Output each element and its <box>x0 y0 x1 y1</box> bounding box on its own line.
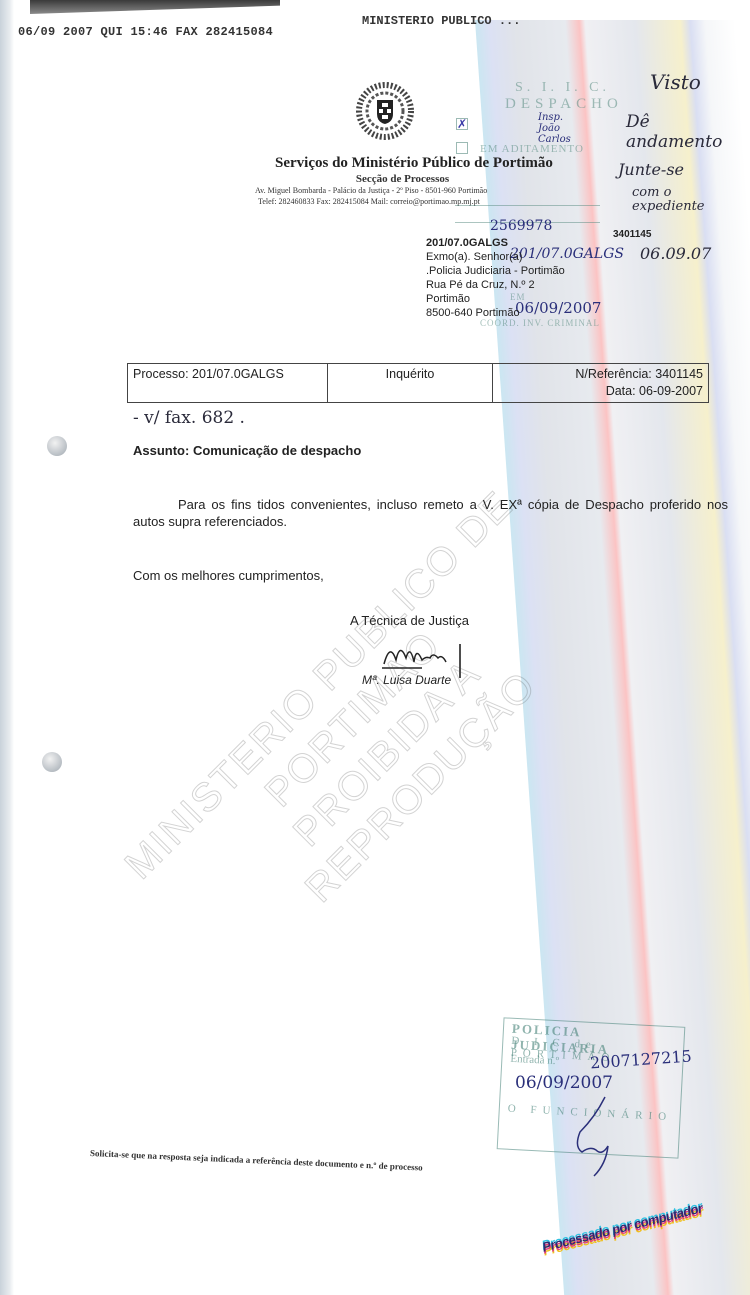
addressee-salutation: Exmo(a). Senhor(a) <box>426 250 565 264</box>
handwriting-visto: Visto <box>650 70 701 94</box>
addressee-street: Rua Pé da Cruz, N.º 2 <box>426 278 565 292</box>
scan-left-edge <box>0 0 14 1295</box>
closing-line: Com os melhores cumprimentos, <box>133 568 324 583</box>
footer-note: Solicita-se que na resposta seja indicad… <box>90 1148 423 1173</box>
addressee-ref-number: 3401145 <box>613 229 651 240</box>
subject-line: Assunto: Comunicação de despacho <box>133 443 361 458</box>
addressee-block: 201/07.0GALGS Exmo(a). Senhor(a) .Polici… <box>426 236 565 320</box>
addressee-city: Portimão <box>426 292 565 306</box>
process-number-cell: Processo: 201/07.0GALGS <box>128 364 328 403</box>
handwriting-note3: com o expediente <box>632 186 747 214</box>
handwriting-initials: 06.09.07 <box>640 244 711 263</box>
handwriting-fax-ref: - v/ fax. 682 . <box>133 408 245 428</box>
letterhead-title: Serviços do Ministério Público de Portim… <box>255 155 585 172</box>
process-type-cell: Inquérito <box>328 364 493 403</box>
addressee-process-ref: 201/07.0GALGS <box>426 236 565 250</box>
stamp-siic: S. I. I. C. <box>515 80 610 96</box>
reference-date: Data: 06-09-2007 <box>498 383 703 400</box>
handwriting-note2: Junte-se <box>618 160 684 179</box>
fax-header-left: 06/09 2007 QUI 15:46 FAX 282415084 <box>18 25 273 39</box>
stamp-line <box>455 205 600 206</box>
handwriting-ref-number: 2569978 <box>490 218 552 234</box>
scan-top-shadow <box>30 0 280 14</box>
stamp-checkbox-empty: ✗ <box>456 142 468 154</box>
coat-of-arms-icon <box>355 80 415 142</box>
letterhead-section: Secção de Processos <box>220 173 585 185</box>
letterhead: Serviços do Ministério Público de Portim… <box>255 155 585 207</box>
process-info-table: Processo: 201/07.0GALGS Inquérito N/Refe… <box>127 363 709 403</box>
handwriting-inspector: Insp. João Carlos <box>538 112 588 145</box>
reference-number: N/Referência: 3401145 <box>498 366 703 383</box>
addressee-postal: 8500-640 Portimão <box>426 306 565 320</box>
punch-hole <box>42 752 62 772</box>
addressee-entity: .Policia Judiciaria - Portimão <box>426 264 565 278</box>
receipt-signature-icon <box>565 1095 635 1185</box>
stamp-despacho: DESPACHO <box>505 96 623 113</box>
receipt-date: 06/09/2007 <box>515 1073 613 1093</box>
handwriting-note1: Dê andamento <box>626 112 750 152</box>
stamp-checkbox-checked: ✗ <box>456 118 468 130</box>
fax-header-right: MINISTERIO PUBLICO ... <box>362 14 520 28</box>
body-paragraph: Para os fins tidos convenientes, incluso… <box>133 496 728 530</box>
reference-cell: N/Referência: 3401145 Data: 06-09-2007 <box>493 364 708 403</box>
receipt-stamp-entrada-label: Entrada n.º <box>510 1053 559 1068</box>
letterhead-address: Av. Miguel Bombarda - Palácio da Justiça… <box>255 185 585 196</box>
punch-hole <box>47 436 67 456</box>
